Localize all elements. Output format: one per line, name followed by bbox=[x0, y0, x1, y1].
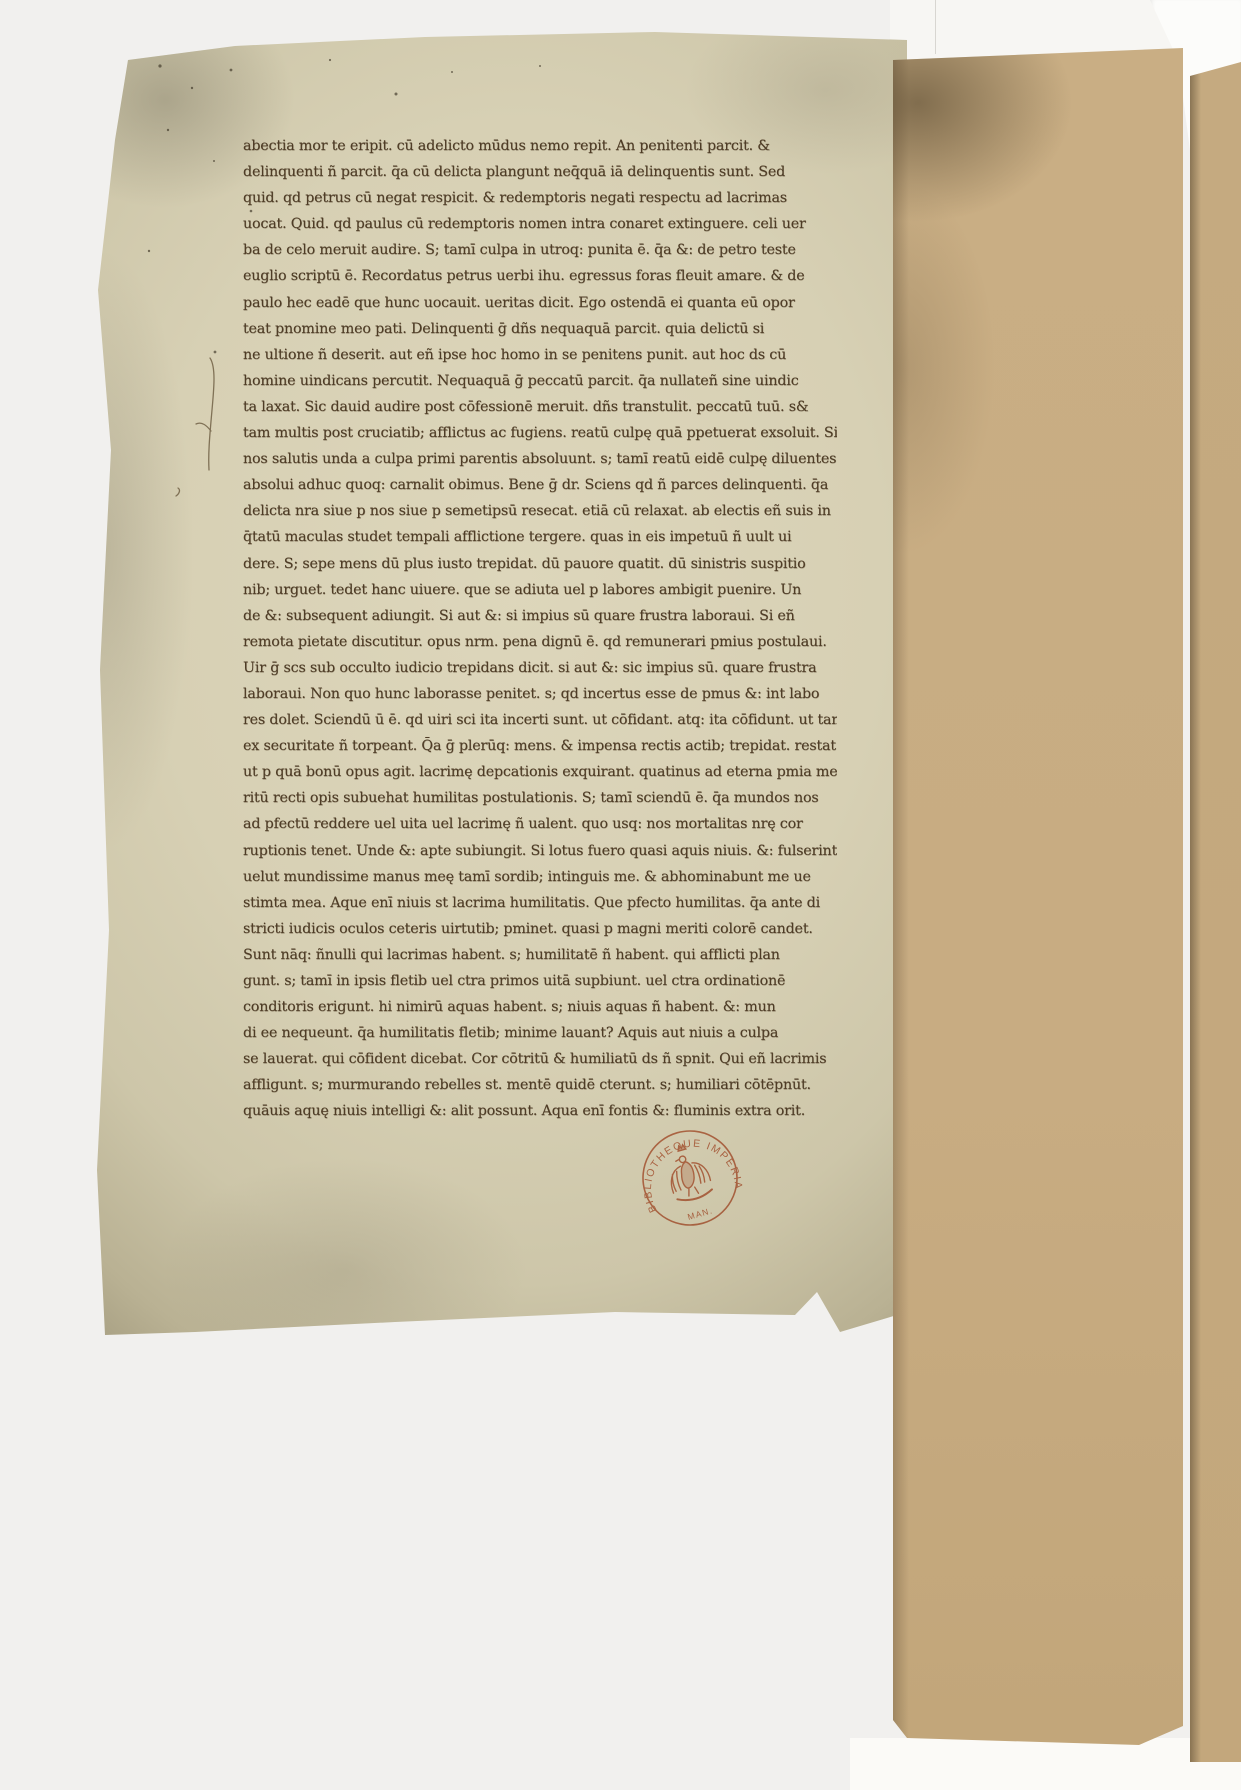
manuscript-text-line: ne ultione ñ deserit. aut eñ ipse hoc ho… bbox=[243, 342, 837, 368]
manuscript-text-line: q̄tatū maculas studet tempali affliction… bbox=[243, 524, 837, 550]
manuscript-text-line: uelut mundissime manus meę tamī sordib; … bbox=[243, 864, 837, 890]
manuscript-text-line: absolui adhuc quoq: carnalit obimus. Ben… bbox=[243, 472, 837, 498]
manuscript-text-line: laboraui. Non quo hunc laborasse penitet… bbox=[243, 681, 837, 707]
manuscript-text-line: quāuis aquę niuis intelligi &: alit poss… bbox=[243, 1098, 837, 1124]
manuscript-text-line: ba de celo meruit audire. S; tamī culpa … bbox=[243, 237, 837, 263]
manuscript-text-line: ex securitate ñ torpeant. Q̄a ḡ plerūq: … bbox=[243, 733, 837, 759]
manuscript-text-line: euglio scriptū ē. Recordatus petrus uerb… bbox=[243, 263, 837, 289]
manuscript-text-line: stricti iudicis oculos ceteris uirtutib;… bbox=[243, 916, 837, 942]
manuscript-text-block: abectia mor te eripit. cū adelicto mūdus… bbox=[243, 133, 837, 1129]
manuscript-text-line: ruptionis tenet. Unde &: apte subiungit.… bbox=[243, 838, 837, 864]
stamp-bottom-text: MAN. bbox=[686, 1205, 714, 1222]
manuscript-text-line: se lauerat. qui cōfident dicebat. Cor cō… bbox=[243, 1046, 837, 1072]
manuscript-text-line: affligunt. s; murmurando rebelles st. me… bbox=[243, 1072, 837, 1098]
manuscript-text-line: quid. qd petrus cū negat respicit. & red… bbox=[243, 185, 837, 211]
manuscript-text-line: gunt. s; tamī in ipsis fletib uel ctra p… bbox=[243, 968, 837, 994]
manuscript-text-line: dere. S; sepe mens dū plus iusto trepida… bbox=[243, 551, 837, 577]
photographed-manuscript-page: abectia mor te eripit. cū adelicto mūdus… bbox=[0, 0, 1241, 1790]
manuscript-text-line: delicta nra siue p nos siue p semetipsū … bbox=[243, 498, 837, 524]
manuscript-text-line: teat pnomine meo pati. Delinquenti ḡ dñs… bbox=[243, 316, 837, 342]
manuscript-text-line: stimta mea. Aque enī niuis st lacrima hu… bbox=[243, 890, 837, 916]
manuscript-text-line: nos salutis unda a culpa primi parentis … bbox=[243, 446, 837, 472]
manuscript-text-line: homine uindicans percutit. Nequaquā ḡ pe… bbox=[243, 368, 837, 394]
tan-guard-sheet bbox=[893, 48, 1183, 1745]
manuscript-text-line: Uir ḡ scs sub occulto iudicio trepidans … bbox=[243, 655, 837, 681]
manuscript-text-line: nib; urguet. tedet hanc uiuere. que se a… bbox=[243, 577, 837, 603]
manuscript-text-line: Sunt nāq: ñnulli qui lacrimas habent. s;… bbox=[243, 942, 837, 968]
manuscript-text-line: tam multis post cruciatib; afflictus ac … bbox=[243, 420, 837, 446]
manuscript-text-line: abectia mor te eripit. cū adelicto mūdus… bbox=[243, 133, 837, 159]
backing-sheet-seam bbox=[935, 0, 936, 54]
manuscript-text-line: de &: subsequent adiungit. Si aut &: si … bbox=[243, 603, 837, 629]
manuscript-text-line: ad pfectū reddere uel uita uel lacrimę ñ… bbox=[243, 811, 837, 837]
manuscript-text-line: delinquenti ñ parcit. q̄a cū delicta pla… bbox=[243, 159, 837, 185]
manuscript-text-line: ritū recti opis subuehat humilitas postu… bbox=[243, 785, 837, 811]
manuscript-text-line: conditoris erigunt. hi nimirū aquas habe… bbox=[243, 994, 837, 1020]
manuscript-text-line: ta laxat. Sic dauid audire post cōfessio… bbox=[243, 394, 837, 420]
manuscript-text-line: remota pietate discutitur. opus nrm. pen… bbox=[243, 629, 837, 655]
manuscript-text-line: ut p quā bonū opus agit. lacrimę depcati… bbox=[243, 759, 837, 785]
manuscript-text-line: paulo hec eadē que hunc uocauit. ueritas… bbox=[243, 290, 837, 316]
manuscript-text-line: di ee nequeunt. q̄a humilitatis fletib; … bbox=[243, 1020, 837, 1046]
tan-guard-sheet-edge bbox=[1190, 62, 1241, 1762]
manuscript-text-line: uocat. Quid. qd paulus cū redemptoris no… bbox=[243, 211, 837, 237]
manuscript-text-line: res dolet. Sciendū ū ē. qd uiri sci ita … bbox=[243, 707, 837, 733]
white-backing-sheet-bottom bbox=[850, 1738, 1241, 1790]
